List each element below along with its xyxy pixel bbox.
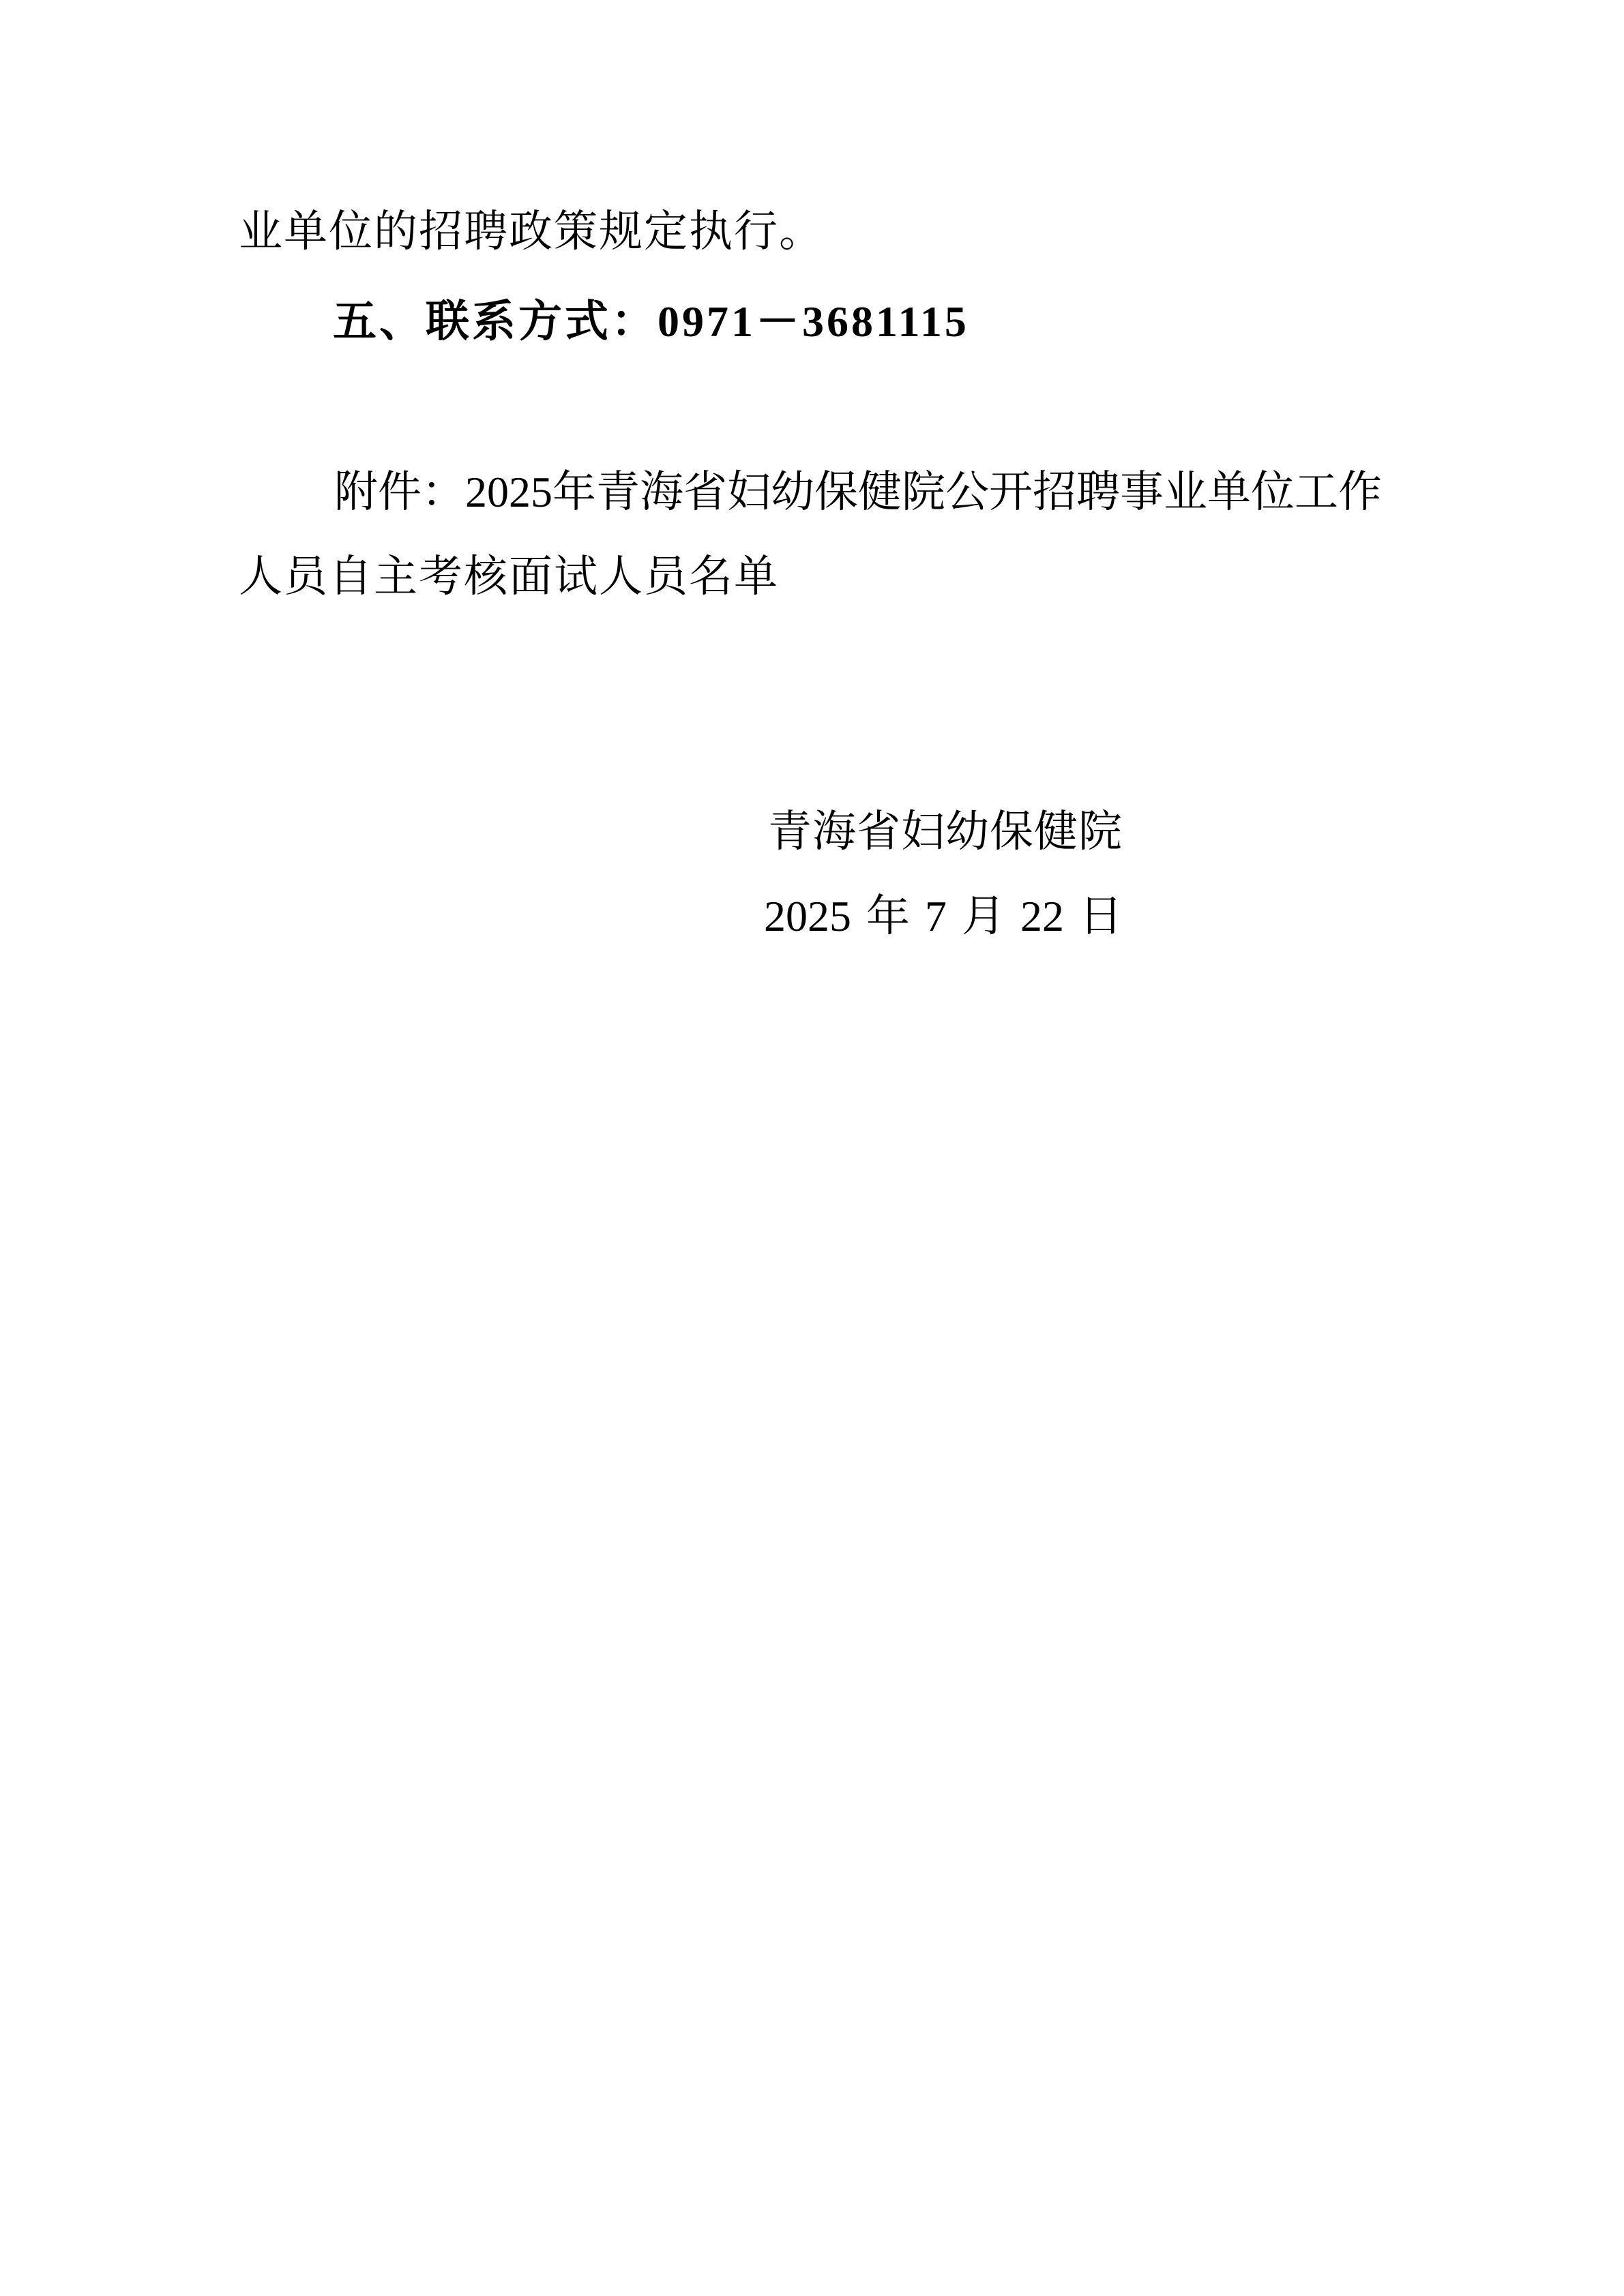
contact-heading: 五、联系方式： [333,297,658,346]
signature-date: 2025年7月22日 [764,889,1123,944]
attachment-line-2: 人员自主考核面试人员名单 [239,550,779,604]
date-day: 22 [1020,889,1064,944]
date-month-unit: 月 [962,889,1005,944]
attachment-line-1: 附件：2025年青海省妇幼保健院公开招聘事业单位工作 [334,465,1385,520]
date-day-unit: 日 [1079,889,1123,944]
signature-organization: 青海省妇幼保健院 [768,805,1123,859]
date-year: 2025 [764,889,851,944]
paragraph-continuation: 业单位的招聘政策规定执行。 [239,205,824,259]
date-month: 7 [925,889,947,944]
contact-phone: 0971－3681115 [658,297,969,346]
date-year-unit: 年 [866,889,910,944]
document-page: 业单位的招聘政策规定执行。 五、联系方式：0971－3681115 附件：202… [0,0,1624,2296]
contact-section: 五、联系方式：0971－3681115 [333,295,969,349]
